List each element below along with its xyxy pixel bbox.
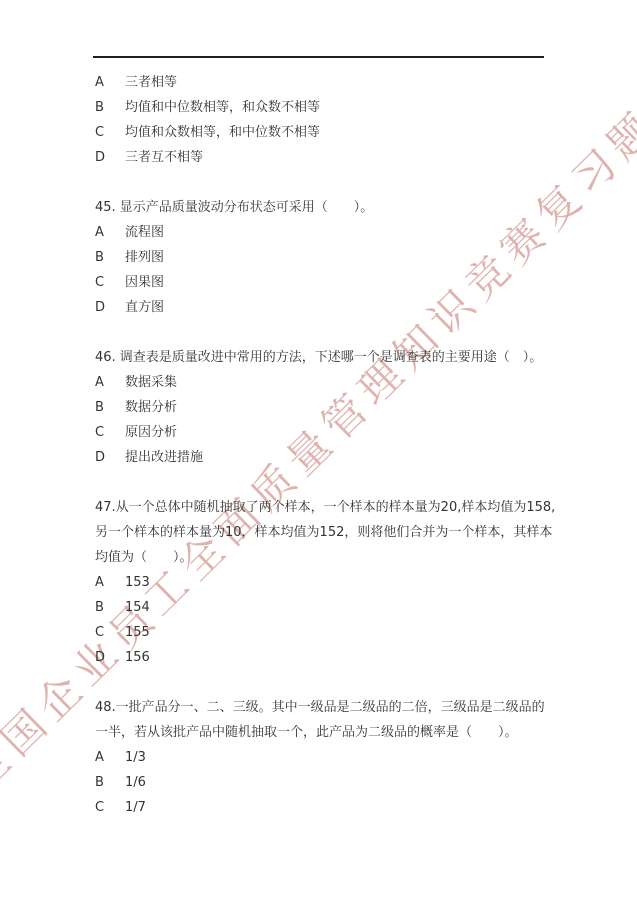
option-letter: B: [95, 95, 125, 120]
option-text: 数据采集: [125, 370, 565, 395]
option-text: 三者互不相等: [125, 145, 565, 170]
option-row: A 数据采集: [95, 370, 565, 395]
question-text: 45. 显示产品质量波动分布状态可采用（ ）。: [95, 195, 565, 220]
option-letter: A: [95, 745, 125, 770]
option-letter: D: [95, 145, 125, 170]
option-letter: D: [95, 445, 125, 470]
option-text: 排列图: [125, 245, 565, 270]
question-text-line: 一半，若从该批产品中随机抽取一个，此产品为二级品的概率是（ ）。: [95, 720, 565, 745]
option-letter: A: [95, 370, 125, 395]
question-text-line: 另一个样本的样本量为10，样本均值为152，则将他们合并为一个样本，其样本: [95, 520, 565, 545]
option-text: 原因分析: [125, 420, 565, 445]
option-row: A 153: [95, 570, 565, 595]
question-text-line: 均值为（ ）。: [95, 545, 565, 570]
option-text: 1/7: [125, 795, 565, 820]
question-block-45: 45. 显示产品质量波动分布状态可采用（ ）。 A 流程图 B 排列图 C 因果…: [95, 195, 565, 320]
option-letter: C: [95, 620, 125, 645]
option-letter: C: [95, 120, 125, 145]
page-content: A 三者相等 B 均值和中位数相等，和众数不相等 C 均值和众数相等，和中位数不…: [95, 70, 565, 820]
question-text-line: 48.一批产品分一、二、三级。其中一级品是二级品的二倍，三级品是二级品的: [95, 695, 565, 720]
option-row: C 1/7: [95, 795, 565, 820]
option-text: 均值和众数相等，和中位数不相等: [125, 120, 565, 145]
option-text: 提出改进措施: [125, 445, 565, 470]
option-row: D 直方图: [95, 295, 565, 320]
option-text: 1/3: [125, 745, 565, 770]
option-row: C 155: [95, 620, 565, 645]
option-text: 154: [125, 595, 565, 620]
option-letter: A: [95, 70, 125, 95]
option-letter: B: [95, 395, 125, 420]
option-row: B 1/6: [95, 770, 565, 795]
option-letter: A: [95, 570, 125, 595]
option-letter: B: [95, 245, 125, 270]
options-block-carryover: A 三者相等 B 均值和中位数相等，和众数不相等 C 均值和众数相等，和中位数不…: [95, 70, 565, 170]
option-text: 流程图: [125, 220, 565, 245]
option-text: 153: [125, 570, 565, 595]
option-row: C 因果图: [95, 270, 565, 295]
option-text: 1/6: [125, 770, 565, 795]
option-row: B 数据分析: [95, 395, 565, 420]
option-text: 数据分析: [125, 395, 565, 420]
option-letter: C: [95, 795, 125, 820]
option-text: 直方图: [125, 295, 565, 320]
option-row: B 154: [95, 595, 565, 620]
option-text: 156: [125, 645, 565, 670]
option-text: 155: [125, 620, 565, 645]
option-row: A 流程图: [95, 220, 565, 245]
option-row: B 均值和中位数相等，和众数不相等: [95, 95, 565, 120]
option-row: C 均值和众数相等，和中位数不相等: [95, 120, 565, 145]
option-text: 因果图: [125, 270, 565, 295]
option-letter: B: [95, 595, 125, 620]
option-row: D 提出改进措施: [95, 445, 565, 470]
option-row: A 1/3: [95, 745, 565, 770]
option-row: A 三者相等: [95, 70, 565, 95]
question-block-46: 46. 调查表是质量改进中常用的方法，下述哪一个是调查表的主要用途（ ）。 A …: [95, 345, 565, 470]
option-letter: C: [95, 420, 125, 445]
question-block-48: 48.一批产品分一、二、三级。其中一级品是二级品的二倍，三级品是二级品的 一半，…: [95, 695, 565, 820]
option-row: D 156: [95, 645, 565, 670]
option-letter: A: [95, 220, 125, 245]
option-text: 三者相等: [125, 70, 565, 95]
option-letter: B: [95, 770, 125, 795]
question-text-line: 47.从一个总体中随机抽取了两个样本，一个样本的样本量为20,样本均值为158,: [95, 495, 565, 520]
option-letter: C: [95, 270, 125, 295]
document-page: 全国企业员工全面质量管理知识竞赛复习题 A 三者相等 B 均值和中位数相等，和众…: [0, 0, 637, 900]
option-row: B 排列图: [95, 245, 565, 270]
question-block-47: 47.从一个总体中随机抽取了两个样本，一个样本的样本量为20,样本均值为158,…: [95, 495, 565, 670]
option-letter: D: [95, 295, 125, 320]
option-row: D 三者互不相等: [95, 145, 565, 170]
option-letter: D: [95, 645, 125, 670]
option-row: C 原因分析: [95, 420, 565, 445]
option-text: 均值和中位数相等，和众数不相等: [125, 95, 565, 120]
question-text: 46. 调查表是质量改进中常用的方法，下述哪一个是调查表的主要用途（ ）。: [95, 345, 565, 370]
horizontal-rule: [93, 56, 544, 58]
